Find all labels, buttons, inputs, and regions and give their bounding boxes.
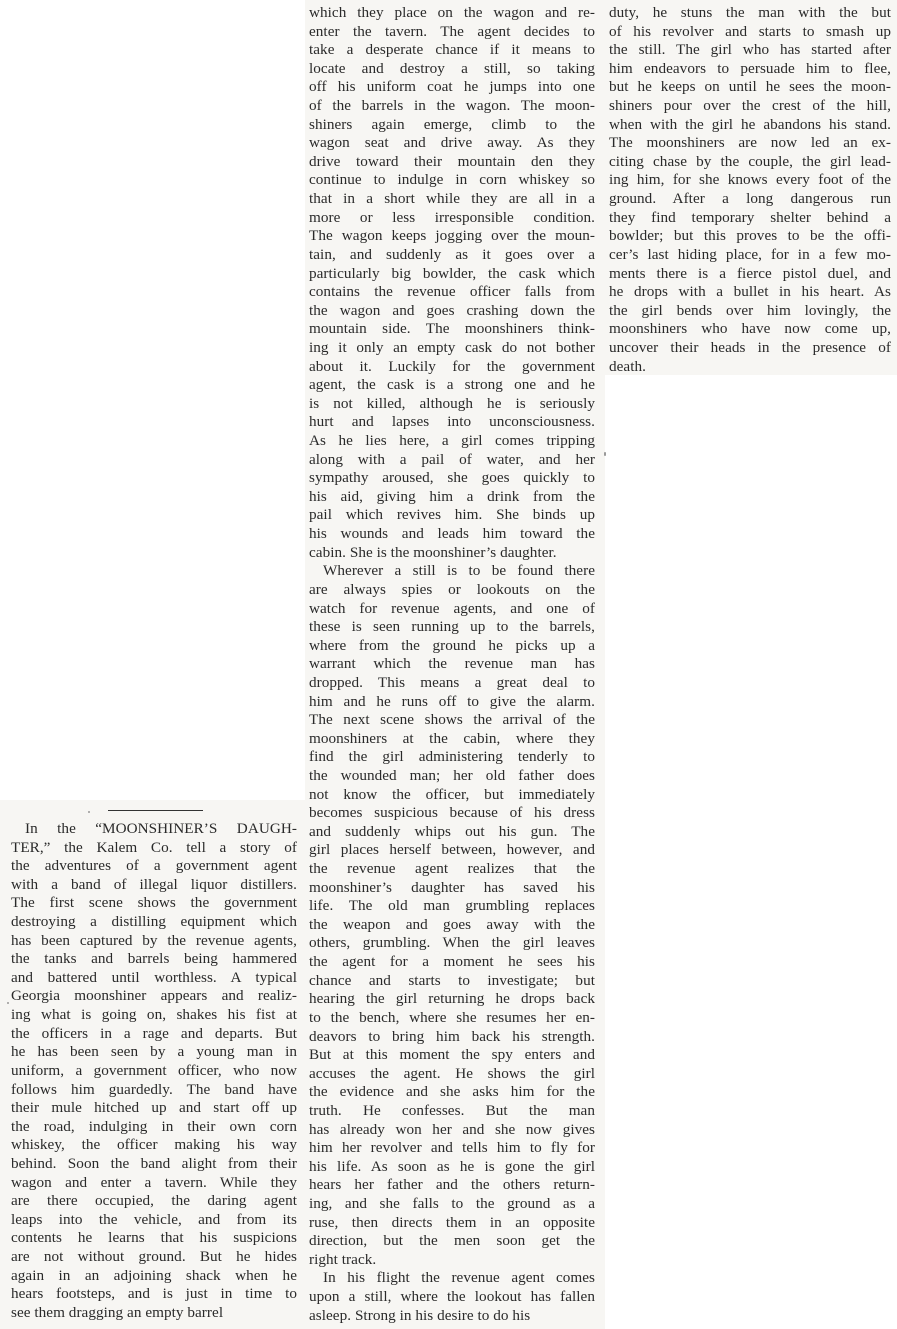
- text-line: the adventures of a government agent: [11, 857, 297, 876]
- text-line: death.: [609, 358, 891, 377]
- text-line: the girl bends over him lovingly, the: [609, 302, 891, 321]
- text-line: he drops with a bullet in his heart. As: [609, 283, 891, 302]
- article-column-3: duty, he stuns the man with the butof hi…: [609, 4, 891, 376]
- text-line: see them dragging an empty barrel: [11, 1304, 297, 1323]
- text-line: hears her father and the others return-: [309, 1176, 595, 1195]
- text-line: chance and starts to investigate; but: [309, 972, 595, 991]
- text-line: agent, the cask is a strong one and he: [309, 376, 595, 395]
- text-line: moonshiners who have now come up,: [609, 320, 891, 339]
- text-line: about it. Luckily for the government: [309, 358, 595, 377]
- text-line: dropped. This means a great deal to: [309, 674, 595, 693]
- text-line: the revenue agent realizes that the: [309, 860, 595, 879]
- text-line: As he lies here, a girl comes tripping: [309, 432, 595, 451]
- text-line: deavors to bring him back his strength.: [309, 1028, 595, 1047]
- text-line: uncover their heads in the presence of: [609, 339, 891, 358]
- text-line: are always spies or lookouts on the: [309, 581, 595, 600]
- text-line: the evidence and she asks him for the: [309, 1083, 595, 1102]
- text-line: they find temporary shelter behind a: [609, 209, 891, 228]
- text-line: enter the tavern. The agent decides to: [309, 23, 595, 42]
- text-line: destroying a distilling equipment which: [11, 913, 297, 932]
- scan-speck: [604, 452, 606, 456]
- text-line: duty, he stuns the man with the but: [609, 4, 891, 23]
- text-line: In the “MOONSHINER’S DAUGH-: [11, 820, 297, 839]
- text-line: ing him, for she knows every foot of the: [609, 171, 891, 190]
- text-line: whiskey, the officer making his way: [11, 1136, 297, 1155]
- text-line: him endeavors to persuade him to flee,: [609, 60, 891, 79]
- text-line: watch for revenue agents, and one of: [309, 600, 595, 619]
- text-line: drive toward their mountain den they: [309, 153, 595, 172]
- text-line: the wagon and goes crashing down the: [309, 302, 595, 321]
- text-line: accuses the agent. He shows the girl: [309, 1065, 595, 1084]
- text-line: pail which revives him. She binds up: [309, 506, 595, 525]
- text-line: moonshiner’s daughter has saved his: [309, 879, 595, 898]
- text-line: has been captured by the revenue agents,: [11, 932, 297, 951]
- text-line: particularly big bowlder, the cask which: [309, 265, 595, 284]
- text-line: find the girl administering tenderly to: [309, 748, 595, 767]
- text-line: hears footsteps, and is just in time to: [11, 1285, 297, 1304]
- text-line: ments there is a fierce pistol duel, and: [609, 265, 891, 284]
- text-line: wagon and enter a tavern. While they: [11, 1174, 297, 1193]
- text-line: ing what is going on, shakes his fist at: [11, 1006, 297, 1025]
- text-line: not know the officer, but immediately: [309, 786, 595, 805]
- text-line: citing chase by the couple, the girl lea…: [609, 153, 891, 172]
- text-line: contains the revenue officer falls from: [309, 283, 595, 302]
- text-line: ruse, then directs them in an opposite: [309, 1214, 595, 1233]
- text-line: continue to indulge in corn whiskey so: [309, 171, 595, 190]
- text-line: the road, indulging in their own corn: [11, 1118, 297, 1137]
- text-line: uniform, a government officer, who now: [11, 1062, 297, 1081]
- text-line: are there occupied, the daring agent: [11, 1192, 297, 1211]
- text-line: hearing the girl returning he drops back: [309, 990, 595, 1009]
- text-line: that in a short while they are all in a: [309, 190, 595, 209]
- text-line: and suddenly whips out his gun. The: [309, 823, 595, 842]
- text-line: ing it only an empty cask do not bother: [309, 339, 595, 358]
- text-line: locate and destroy a still, so taking: [309, 60, 595, 79]
- scan-speck: [7, 1002, 9, 1004]
- text-line: are not without ground. But he hides: [11, 1248, 297, 1267]
- text-line: where from the ground he picks up a: [309, 637, 595, 656]
- text-line: him and he runs off to give the alarm.: [309, 693, 595, 712]
- text-line: mountain side. The moonshiners think-: [309, 320, 595, 339]
- text-line: the wounded man; her old father does: [309, 767, 595, 786]
- text-line: along with a pail of water, and her: [309, 451, 595, 470]
- text-line: his aid, giving him a drink from the: [309, 488, 595, 507]
- text-line: of his revolver and starts to smash up: [609, 23, 891, 42]
- text-line: cabin. She is the moonshiner’s daughter.: [309, 544, 595, 563]
- text-line: these is seen running up to the barrels,: [309, 618, 595, 637]
- text-line: is not killed, although he is seriously: [309, 395, 595, 414]
- text-line: leaps into the vehicle, and from its: [11, 1211, 297, 1230]
- text-line: moonshiners at the cabin, where they: [309, 730, 595, 749]
- text-line: the still. The girl who has started afte…: [609, 41, 891, 60]
- text-line: girl places herself between, however, an…: [309, 841, 595, 860]
- text-line: behind. Soon the band alight from their: [11, 1155, 297, 1174]
- article-column-1: In the “MOONSHINER’S DAUGH-TER,” the Kal…: [11, 820, 297, 1322]
- text-line: his wounds and leads him toward the: [309, 525, 595, 544]
- text-line: truth. He confesses. But the man: [309, 1102, 595, 1121]
- text-line: ground. After a long dangerous run: [609, 190, 891, 209]
- text-line: shiners pour over the crest of the hill,: [609, 97, 891, 116]
- text-line: but he keeps on until he sees the moon-: [609, 78, 891, 97]
- text-line: bowlder; but this proves to be the offi-: [609, 227, 891, 246]
- text-line: and battered until worthless. A typical: [11, 969, 297, 988]
- text-line: The wagon keeps jogging over the moun-: [309, 227, 595, 246]
- text-line: off his uniform coat he jumps into one: [309, 78, 595, 97]
- text-line: cer’s last hiding place, for in a few mo…: [609, 246, 891, 265]
- section-divider-rule: [108, 810, 203, 811]
- text-line: upon a still, where the lookout has fall…: [309, 1288, 595, 1307]
- text-line: warrant which the revenue man has: [309, 655, 595, 674]
- text-line: his life. As soon as he is gone the girl: [309, 1158, 595, 1177]
- text-line: But at this moment the spy enters and: [309, 1046, 595, 1065]
- text-line: their mule hitched up and start off up: [11, 1099, 297, 1118]
- article-column-2: which they place on the wagon and re-ent…: [309, 4, 595, 1325]
- text-line: with a band of illegal liquor distillers…: [11, 876, 297, 895]
- text-line: to the bench, where she resumes her en-: [309, 1009, 595, 1028]
- text-line: has already won her and she now gives: [309, 1121, 595, 1140]
- text-line: shiners again emerge, climb to the: [309, 116, 595, 135]
- text-line: ing, and she falls to the ground as a: [309, 1195, 595, 1214]
- text-line: the officers in a rage and departs. But: [11, 1025, 297, 1044]
- text-line: him her revolver and tells him to fly fo…: [309, 1139, 595, 1158]
- text-line: which they place on the wagon and re-: [309, 4, 595, 23]
- text-line: he has been seen by a young man in: [11, 1043, 297, 1062]
- text-line: right track.: [309, 1251, 595, 1270]
- text-line: hurt and lapses into unconsciousness.: [309, 413, 595, 432]
- text-line: more or less irresponsible condition.: [309, 209, 595, 228]
- text-line: others, grumbling. When the girl leaves: [309, 934, 595, 953]
- text-line: again in an adjoining shack when he: [11, 1267, 297, 1286]
- text-line: the weapon and goes away with the: [309, 916, 595, 935]
- text-line: the tanks and barrels being hammered: [11, 950, 297, 969]
- text-line: of the barrels in the wagon. The moon-: [309, 97, 595, 116]
- text-line: In his flight the revenue agent comes: [309, 1269, 595, 1288]
- text-line: Wherever a still is to be found there: [309, 562, 595, 581]
- text-line: tain, and suddenly as it goes over a: [309, 246, 595, 265]
- text-line: wagon seat and drive away. As they: [309, 134, 595, 153]
- text-line: asleep. Strong in his desire to do his: [309, 1307, 595, 1326]
- text-line: The next scene shows the arrival of the: [309, 711, 595, 730]
- text-line: sympathy aroused, she goes quickly to: [309, 469, 595, 488]
- text-line: becomes suspicious because of his dress: [309, 804, 595, 823]
- text-line: The first scene shows the government: [11, 894, 297, 913]
- scan-speck: [88, 811, 90, 813]
- text-line: Georgia moonshiner appears and realiz-: [11, 987, 297, 1006]
- text-line: life. The old man grumbling replaces: [309, 897, 595, 916]
- text-line: The moonshiners are now led an ex-: [609, 134, 891, 153]
- text-line: the agent for a moment he sees his: [309, 953, 595, 972]
- text-line: take a desperate chance if it means to: [309, 41, 595, 60]
- text-line: contents he learns that his suspicions: [11, 1229, 297, 1248]
- text-line: TER,” the Kalem Co. tell a story of: [11, 839, 297, 858]
- text-line: direction, but the men soon get the: [309, 1232, 595, 1251]
- text-line: when with the girl he abandons his stand…: [609, 116, 891, 135]
- text-line: follows him guardedly. The band have: [11, 1081, 297, 1100]
